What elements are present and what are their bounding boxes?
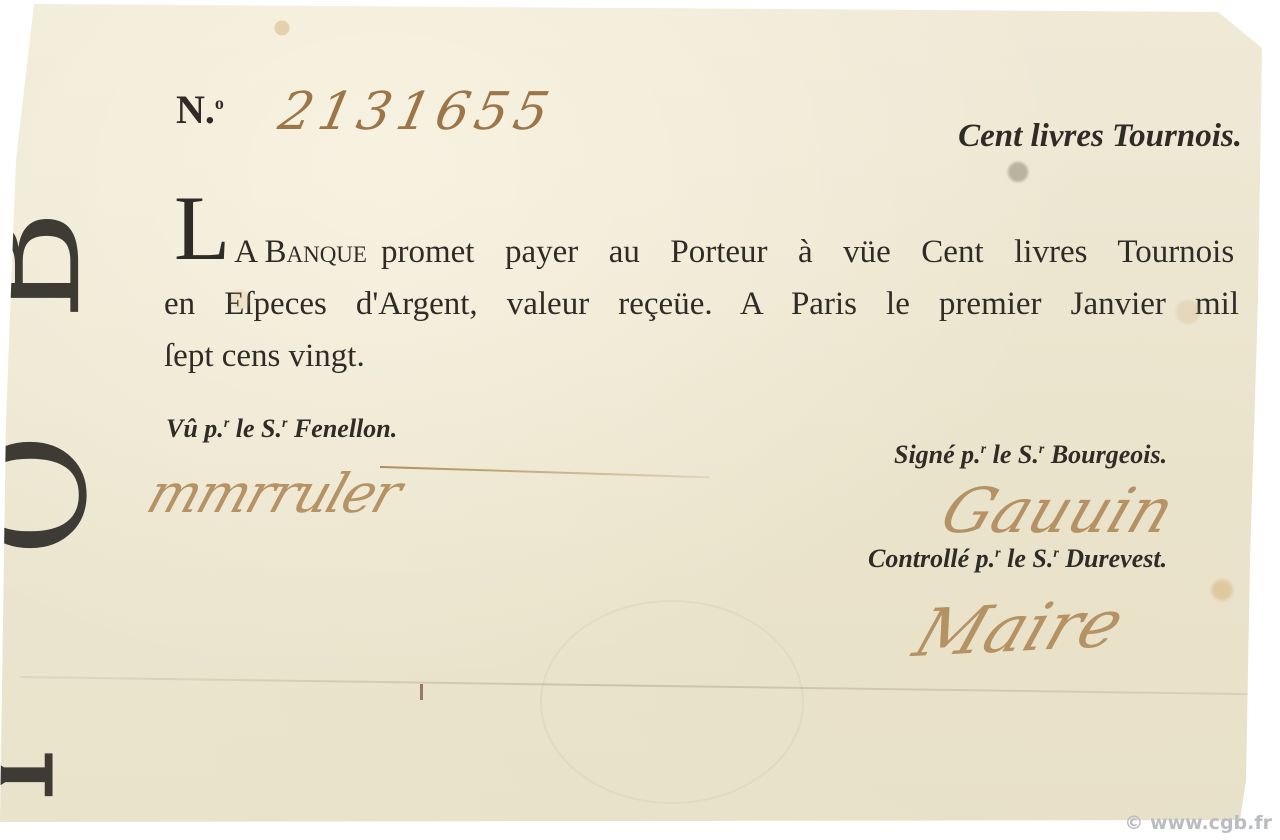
signe-name: Bourgeois. (1044, 440, 1167, 469)
signature-bourgeois: Gauuin (932, 474, 1185, 547)
number-label-sup: o (215, 93, 224, 113)
banknote: B O Y N.o 2131655 Cent livres Tournois. … (0, 0, 1280, 840)
image-stage: B O Y N.o 2131655 Cent livres Tournois. … (0, 0, 1280, 840)
vu-middle: le S. (229, 414, 282, 443)
signature-fenellon: mmrruler (140, 462, 408, 525)
side-margin-letters: B O Y (0, 180, 122, 840)
number-label: N.o (176, 86, 224, 133)
side-letter-b: B (0, 210, 102, 320)
serial-number: 2131655 (274, 82, 560, 142)
signature-flourish (380, 466, 710, 478)
signe-prefix: Signé p. (894, 440, 981, 469)
fold-mark (420, 684, 423, 700)
signe-middle: le S. (986, 440, 1039, 469)
promise-line-1: A Banque promet payer au Porteur à vüe C… (164, 180, 1244, 278)
denomination-title: Cent livres Tournois. (958, 118, 1242, 155)
controlle-name: Durevest. (1059, 544, 1167, 573)
controlle-attestation: Controllé p.r le S.r Durevest. (868, 544, 1167, 574)
promise-line-3: ſept cens vingt. (164, 330, 1244, 382)
controlle-middle: le S. (1001, 544, 1054, 573)
vu-attestation: Vû p.r le S.r Fenellon. (166, 414, 397, 444)
controlle-prefix: Controllé p. (868, 544, 995, 573)
drop-cap: L (174, 188, 230, 268)
number-label-text: N. (176, 87, 215, 132)
vu-name: Fenellon. (287, 414, 397, 443)
vu-prefix: Vû p. (166, 414, 224, 443)
side-letter-y: Y (0, 725, 77, 824)
watermark-seal (540, 600, 804, 804)
signe-attestation: Signé p.r le S.r Bourgeois. (894, 440, 1167, 470)
side-letter-o: O (0, 434, 108, 557)
signature-durevest: Maire (905, 585, 1135, 672)
bank-name: A Banque (234, 226, 367, 278)
promise-text: L A Banque promet payer au Porteur à vüe… (164, 180, 1244, 382)
promise-line-1-rest: promet payer au Porteur à vüe Cent livre… (381, 226, 1234, 278)
promise-line-2: en Eſpeces d'Argent, valeur reçeüe. A Pa… (164, 278, 1239, 330)
copyright-credit: © www.cgb.fr (1124, 812, 1272, 834)
